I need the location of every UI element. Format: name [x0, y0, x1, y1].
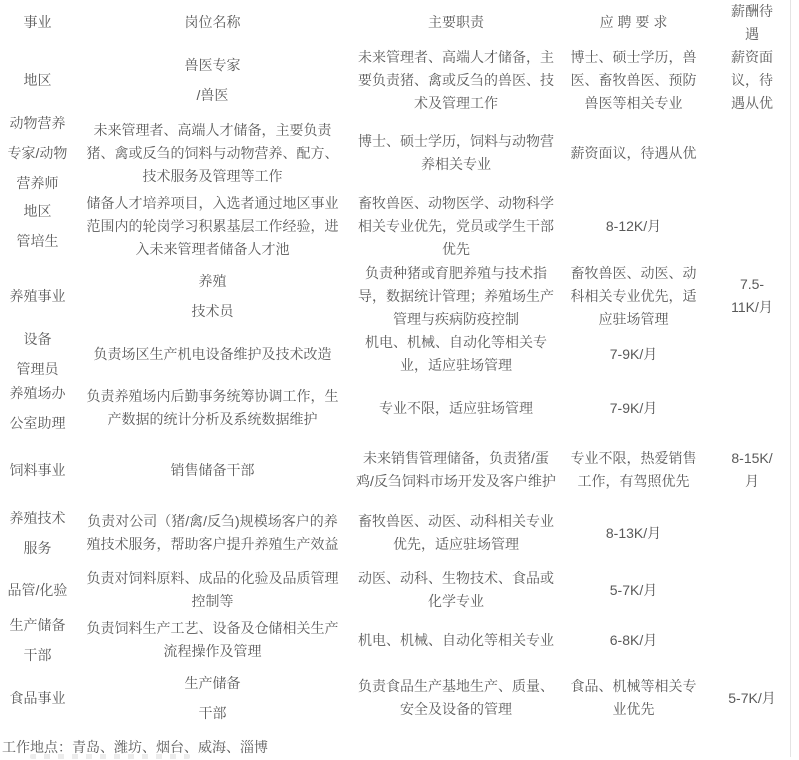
cell-duties: 储备人才培养项目，入选者通过地区事业范围内的轮岗学习积累基层工作经验，进入未来管… — [75, 192, 350, 261]
cell-requirements: 食品、机械等相关专业优先 — [562, 675, 705, 721]
table-row: 地区 管培生 储备人才培养项目，入选者通过地区事业范围内的轮岗学习积累基层工作经… — [0, 191, 799, 261]
cell-position: 品管/化验 — [0, 579, 75, 602]
cell-position: 养殖技术 服务 — [0, 503, 75, 563]
cell-duties: 负责养殖场内后勤事务统筹协调工作，生产数据的统计分析及系统数据维护 — [75, 385, 350, 431]
cell-requirements: 博士、硕士学历，兽医、畜牧兽医、预防兽医等相关专业 — [562, 46, 705, 115]
col-header-position: 岗位名称 — [75, 11, 350, 34]
table-row: 养殖场办 公室助理 负责养殖场内后勤事务统筹协调工作，生产数据的统计分析及系统数… — [0, 377, 799, 439]
cell-division: 地区 — [0, 69, 75, 92]
cell-salary: 7-9K/月 — [562, 397, 705, 420]
cell-position: 养殖 技术员 — [75, 266, 350, 326]
cell-position: 地区 管培生 — [0, 196, 75, 256]
cell-requirements: 畜牧兽医、动物医学、动物科学相关专业优先，党员或学生干部优先 — [350, 192, 562, 261]
cell-salary: 薪资面议，待遇从优 — [562, 142, 705, 165]
table-row: 品管/化验 负责对饲料原料、成品的化验及品质管理控制等 动医、动科、生物技术、食… — [0, 565, 799, 615]
cell-salary: 7-9K/月 — [562, 343, 705, 366]
cell-duties: 未来管理者、高端人才储备，主要负责猪、禽或反刍的饲料与动物营养、配方、技术服务及… — [75, 119, 350, 188]
table-row: 养殖技术 服务 负责对公司（猪/禽/反刍)规模场客户的养殖技术服务，帮助客户提升… — [0, 501, 799, 565]
cell-salary: 8-15K/月 — [705, 447, 799, 493]
table-row: 养殖事业 养殖 技术员 负责种猪或育肥养殖与技术指导，数据统计管理；养殖场生产管… — [0, 261, 799, 331]
table-header-row: 事业 岗位名称 主要职责 应 聘 要 求 薪酬待遇 — [0, 0, 799, 45]
cell-duties: 负责饲料生产工艺、设备及仓储相关生产流程操作及管理 — [75, 617, 350, 663]
col-header-requirements: 应 聘 要 求 — [562, 11, 705, 34]
cell-position: 生产储备 干部 — [75, 668, 350, 728]
table-row: 地区 兽医专家 /兽医 未来管理者、高端人才储备，主要负责猪、禽或反刍的兽医、技… — [0, 45, 799, 115]
cell-requirements: 专业不限，适应驻场管理 — [350, 397, 562, 420]
cell-division: 饲料事业 — [0, 459, 75, 482]
cell-requirements: 专业不限，热爱销售工作，有驾照优先 — [562, 447, 705, 493]
cell-requirements: 动医、动科、生物技术、食品或化学专业 — [350, 567, 562, 613]
cell-position: 养殖场办 公室助理 — [0, 378, 75, 438]
cell-requirements: 机电、机械、自动化等相关专业 — [350, 629, 562, 652]
cell-requirements: 畜牧兽医、动医、动科相关专业优先，适应驻场管理 — [562, 262, 705, 331]
cell-salary: 8-13K/月 — [562, 522, 705, 545]
cell-duties: 负责场区生产机电设备维护及技术改造 — [75, 343, 350, 366]
cell-requirements: 博士、硕士学历，饲料与动物营养相关专业 — [350, 130, 562, 176]
cell-duties: 负责对公司（猪/禽/反刍)规模场客户的养殖技术服务，帮助客户提升养殖生产效益 — [75, 510, 350, 556]
cell-duties: 负责对饲料原料、成品的化验及品质管理控制等 — [75, 567, 350, 613]
col-header-salary: 薪酬待遇 — [705, 0, 799, 46]
cell-salary: 薪资面议，待遇从优 — [705, 46, 799, 115]
cell-position: 销售储备干部 — [75, 459, 350, 482]
col-header-division: 事业 — [0, 11, 75, 34]
cutoff-content-fragment — [30, 754, 190, 759]
recruitment-table-page: 事业 岗位名称 主要职责 应 聘 要 求 薪酬待遇 地区 兽医专家 /兽医 未来… — [0, 0, 799, 760]
cell-duties: 负责种猪或育肥养殖与技术指导，数据统计管理；养殖场生产管理与疾病防疫控制 — [350, 262, 562, 331]
cell-division: 养殖事业 — [0, 285, 75, 308]
table-row: 饲料事业 销售储备干部 未来销售管理储备，负责猪/蛋鸡/反刍饲料市场开发及客户维… — [0, 439, 799, 501]
cell-requirements: 机电、机械、自动化等相关专业，适应驻场管理 — [350, 331, 562, 377]
cell-salary: 6-8K/月 — [562, 629, 705, 652]
cell-position: 动物营养 专家/动物 营养师 — [0, 108, 75, 198]
table-row: 食品事业 生产储备 干部 负责食品生产基地生产、质量、安全及设备的管理 食品、机… — [0, 665, 799, 731]
table-row: 动物营养 专家/动物 营养师 未来管理者、高端人才储备，主要负责猪、禽或反刍的饲… — [0, 115, 799, 191]
right-edge-divider — [790, 0, 791, 757]
cell-salary: 8-12K/月 — [562, 215, 705, 238]
cell-salary: 5-7K/月 — [562, 579, 705, 602]
cell-position: 设备 管理员 — [0, 324, 75, 384]
cell-division: 食品事业 — [0, 687, 75, 710]
col-header-duties: 主要职责 — [350, 11, 562, 34]
cell-position: 生产储备 干部 — [0, 610, 75, 670]
cell-duties: 负责食品生产基地生产、质量、安全及设备的管理 — [350, 675, 562, 721]
cell-duties: 未来销售管理储备，负责猪/蛋鸡/反刍饲料市场开发及客户维护 — [350, 447, 562, 493]
cell-salary: 5-7K/月 — [705, 687, 799, 710]
table-row: 生产储备 干部 负责饲料生产工艺、设备及仓储相关生产流程操作及管理 机电、机械、… — [0, 615, 799, 665]
cell-salary: 7.5-11K/月 — [705, 273, 799, 319]
cell-duties: 未来管理者、高端人才储备，主要负责猪、禽或反刍的兽医、技术及管理工作 — [350, 46, 562, 115]
table-row: 设备 管理员 负责场区生产机电设备维护及技术改造 机电、机械、自动化等相关专业，… — [0, 331, 799, 377]
cell-requirements: 畜牧兽医、动医、动科相关专业优先，适应驻场管理 — [350, 510, 562, 556]
cell-position: 兽医专家 /兽医 — [75, 50, 350, 110]
